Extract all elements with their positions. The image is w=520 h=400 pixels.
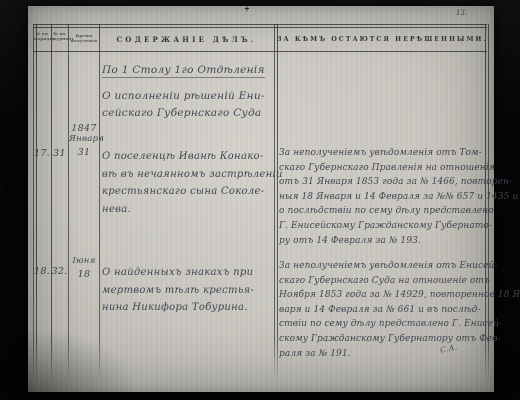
case-content-line: О найденныхъ знакахъ при: [102, 264, 274, 282]
pending-note: За неполученіемъ увѣдомленія отъ Том- ск…: [279, 146, 484, 248]
pending-line: отъ 31 Января 1853 года за № 1466, повто…: [279, 175, 484, 190]
pending-line: ру отъ 14 Февраля за № 193.: [279, 234, 484, 249]
table-rule-col-order: [51, 24, 52, 382]
registration-mark: +: [244, 4, 250, 13]
pending-line: скаго Губернскаго Правленія на отношенія: [279, 161, 484, 176]
case-content-line: О поселенцѣ Иванѣ Конако-: [102, 148, 274, 166]
pending-line: ныя 18 Января и 14 Февраля за №№ 657 и 1…: [279, 190, 484, 205]
case-content-line: вѣ въ нечаянномъ застрѣленіи: [102, 166, 274, 184]
col-header-pending: ЗА КѢМЪ ОСТАЮТСЯ НЕРѢШЕННЫМИ.: [277, 36, 485, 43]
table-rule-col-contents-inner: [277, 24, 278, 382]
row-date-year: 1847: [69, 123, 99, 134]
pending-line: За неполученіемъ увѣдомленія отъ Том-: [279, 146, 484, 161]
table-rule-left-inner: [36, 24, 37, 382]
case-content: О поселенцѣ Иванѣ Конако- вѣ въ нечаянно…: [102, 148, 274, 218]
row-date-month: Января: [69, 134, 99, 144]
corner-shadow: [28, 322, 148, 392]
case-content-line: крестьянскаго сына Соколе-: [102, 183, 274, 201]
case-content: О найденныхъ знакахъ при мертвомъ тѣлѣ к…: [102, 264, 274, 317]
table-rule-col-date: [99, 24, 100, 382]
row-date-day: 18: [69, 269, 99, 280]
case-content-line: нева.: [102, 201, 274, 219]
pending-line: о послѣдствіи по сему дѣлу представлено: [279, 204, 484, 219]
case-content-line: мертвомъ тѣлѣ крестья-: [102, 282, 274, 300]
section-title-line: сейскаго Губернскаго Суда: [102, 107, 261, 119]
row-journal-no: 31: [51, 148, 68, 159]
pending-line: Г. Енисейскому Гражданскому Губернато-: [279, 219, 484, 234]
row-date-day: 31: [69, 147, 99, 158]
row-date-month: Іюня: [69, 256, 99, 266]
table-rule-col-contents-outer: [274, 24, 275, 382]
row-order-no: 17.: [33, 148, 51, 159]
table-rule-header-bottom: [33, 51, 487, 52]
table-rule-left-outer: [33, 24, 34, 382]
document-page: 13. + № по порядку № по журналу Время по…: [28, 6, 494, 392]
section-desk-label: По 1 Столу 1го Отдѣленія: [102, 64, 265, 78]
pending-line: варя и 14 Февраля за № 661 и въ послѣд-: [279, 303, 484, 318]
case-content-line: нина Никифора Тобурина.: [102, 299, 274, 317]
col-header-order: № по порядку: [34, 31, 50, 41]
pending-line: За неполученіемъ увѣдомленія отъ Енисей-: [279, 259, 484, 274]
col-header-received: Время полученія: [70, 33, 98, 43]
col-header-journal: № по журналу: [52, 31, 67, 41]
page-number: 13.: [456, 9, 467, 17]
table-rule-top-outer: [33, 24, 487, 25]
row-journal-no: 32.: [51, 266, 68, 277]
pending-line: скаго Губернскаго Суда на отношеніе отъ: [279, 274, 484, 289]
row-order-no: 18.: [33, 266, 51, 277]
section-heading: По 1 Столу 1го Отдѣленія: [102, 64, 265, 76]
pending-line: ствіи по сему дѣлу представлено Г. Енисе…: [279, 317, 484, 332]
photo-frame: 13. + № по порядку № по журналу Время по…: [0, 0, 520, 400]
section-title-line: О исполненіи рѣшеній Ени-: [102, 90, 265, 102]
table-rule-col-journal: [68, 24, 69, 382]
table-rule-top-inner: [33, 27, 487, 28]
col-header-contents: СОДЕРЖАНІЕ ДѢЛЪ.: [99, 35, 274, 44]
pending-line: Ноября 1853 года за № 14929, повторенное…: [279, 288, 484, 303]
